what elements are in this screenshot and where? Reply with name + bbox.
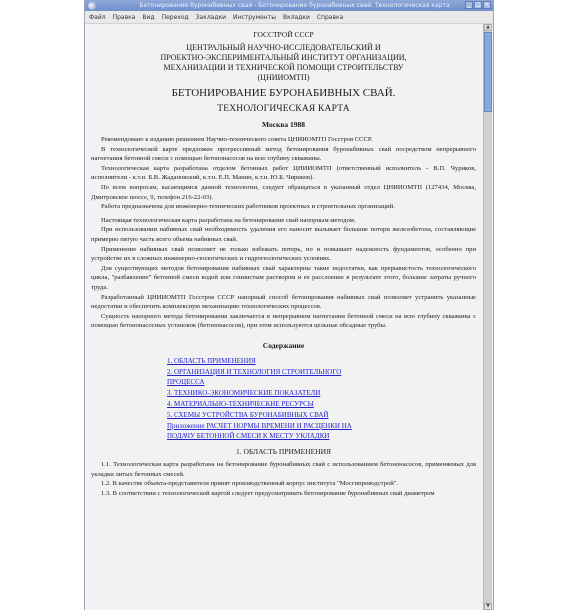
document-view: ГОССТРОЙ СССР ЦЕНТРАЛЬНЫЙ НАУЧНО-ИССЛЕДО… xyxy=(85,24,482,610)
city-year: Москва 1988 xyxy=(91,120,476,129)
maximize-button[interactable]: □ xyxy=(474,1,482,9)
institute-name: ЦЕНТРАЛЬНЫЙ НАУЧНО-ИССЛЕДОВАТЕЛЬСКИЙ И П… xyxy=(91,43,476,83)
document-subtitle: ТЕХНОЛОГИЧЕСКАЯ КАРТА xyxy=(91,104,476,114)
paragraph: В технологической карте предложен прогре… xyxy=(91,145,476,164)
menu-help[interactable]: Справка xyxy=(317,14,343,21)
minimize-button[interactable]: _ xyxy=(465,1,473,9)
table-of-contents: 1. ОБЛАСТЬ ПРИМЕНЕНИЯ 2. ОРГАНИЗАЦИЯ И Т… xyxy=(167,356,367,442)
paragraph: Технологическая карта разработана отдело… xyxy=(91,164,476,183)
paragraph: 1.1. Технологическая карта разработана н… xyxy=(91,460,476,479)
toc-link-organization[interactable]: 2. ОРГАНИЗАЦИЯ И ТЕХНОЛОГИЯ СТРОИТЕЛЬНОГ… xyxy=(167,367,367,389)
scroll-down-arrow-icon[interactable]: ▼ xyxy=(484,603,492,610)
paragraph: Рекомендовано к изданию решением Научно-… xyxy=(91,135,476,145)
menu-edit[interactable]: Правка xyxy=(113,14,136,21)
document-title: БЕТОНИРОВАНИЕ БУРОНАБИВНЫХ СВАЙ. xyxy=(91,87,476,99)
browser-window: Бетонирование буронабивных свай - Бетони… xyxy=(84,0,494,610)
paragraph: Настоящая технологическая карта разработ… xyxy=(91,216,476,226)
paragraph: По всем вопросам, касающимся данной техн… xyxy=(91,183,476,202)
paragraph: Разработанный ЦНИИОМТП Госстроя СССР нап… xyxy=(91,293,476,312)
menu-bar: Файл Правка Вид Переход Закладки Инструм… xyxy=(85,11,493,24)
menu-go[interactable]: Переход xyxy=(162,14,189,21)
paragraph: 1.3. В соответствии с технологической ка… xyxy=(91,489,476,499)
menu-tabs[interactable]: Вкладки xyxy=(283,14,310,21)
browser-icon xyxy=(88,2,96,10)
toc-link-resources[interactable]: 4. МАТЕРИАЛЬНО-ТЕХНИЧЕСКИЕ РЕСУРСЫ xyxy=(167,399,367,410)
paragraph: Применение набивных свай позволяет не то… xyxy=(91,245,476,264)
toc-link-economics[interactable]: 3. ТЕХНИКО-ЭКОНОМИЧЕСКИЕ ПОКАЗАТЕЛИ xyxy=(167,388,367,399)
institute-line: МЕХАНИЗАЦИИ И ТЕХНИЧЕСКОЙ ПОМОЩИ СТРОИТЕ… xyxy=(91,63,476,73)
paragraph: Для существующих методов бетонирования н… xyxy=(91,264,476,293)
institute-line: ПРОЕКТНО-ЭКСПЕРИМЕНТАЛЬНЫЙ ИНСТИТУТ ОРГА… xyxy=(91,53,476,63)
menu-view[interactable]: Вид xyxy=(142,14,154,21)
menu-tools[interactable]: Инструменты xyxy=(233,14,276,21)
section-heading: 1. ОБЛАСТЬ ПРИМЕНЕНИЯ xyxy=(91,447,476,456)
menu-file[interactable]: Файл xyxy=(89,14,106,21)
paragraph: Работа предназначена для инженерно-техни… xyxy=(91,202,476,212)
toc-link-scope[interactable]: 1. ОБЛАСТЬ ПРИМЕНЕНИЯ xyxy=(167,356,367,367)
paragraph: При использовании набивных свай необходи… xyxy=(91,225,476,244)
scrollbar-thumb[interactable] xyxy=(484,32,492,112)
institute-line: ЦЕНТРАЛЬНЫЙ НАУЧНО-ИССЛЕДОВАТЕЛЬСКИЙ И xyxy=(91,43,476,53)
toc-title: Содержание xyxy=(91,341,476,350)
toc-link-appendix[interactable]: Приложение РАСЧЕТ НОРМЫ ВРЕМЕНИ И РАСЦЕН… xyxy=(167,421,367,443)
title-bar: Бетонирование буронабивных свай - Бетони… xyxy=(85,0,493,11)
institute-line: (ЦНИИОМТП) xyxy=(91,73,476,83)
paragraph: 1.2. В качестве объекта-представителя пр… xyxy=(91,479,476,489)
paragraph: Сущность напорного метода бетонирования … xyxy=(91,312,476,331)
menu-bookmarks[interactable]: Закладки xyxy=(196,14,226,21)
scroll-up-arrow-icon[interactable]: ▲ xyxy=(484,24,492,31)
toc-link-schemes[interactable]: 5. СХЕМЫ УСТРОЙСТВА БУРОНАБИВНЫХ СВАЙ xyxy=(167,410,367,421)
vertical-scrollbar[interactable]: ▲ ▼ xyxy=(483,24,492,610)
organization: ГОССТРОЙ СССР xyxy=(91,30,476,39)
close-button[interactable]: × xyxy=(483,1,491,9)
window-title: Бетонирование буронабивных свай - Бетони… xyxy=(96,2,493,9)
